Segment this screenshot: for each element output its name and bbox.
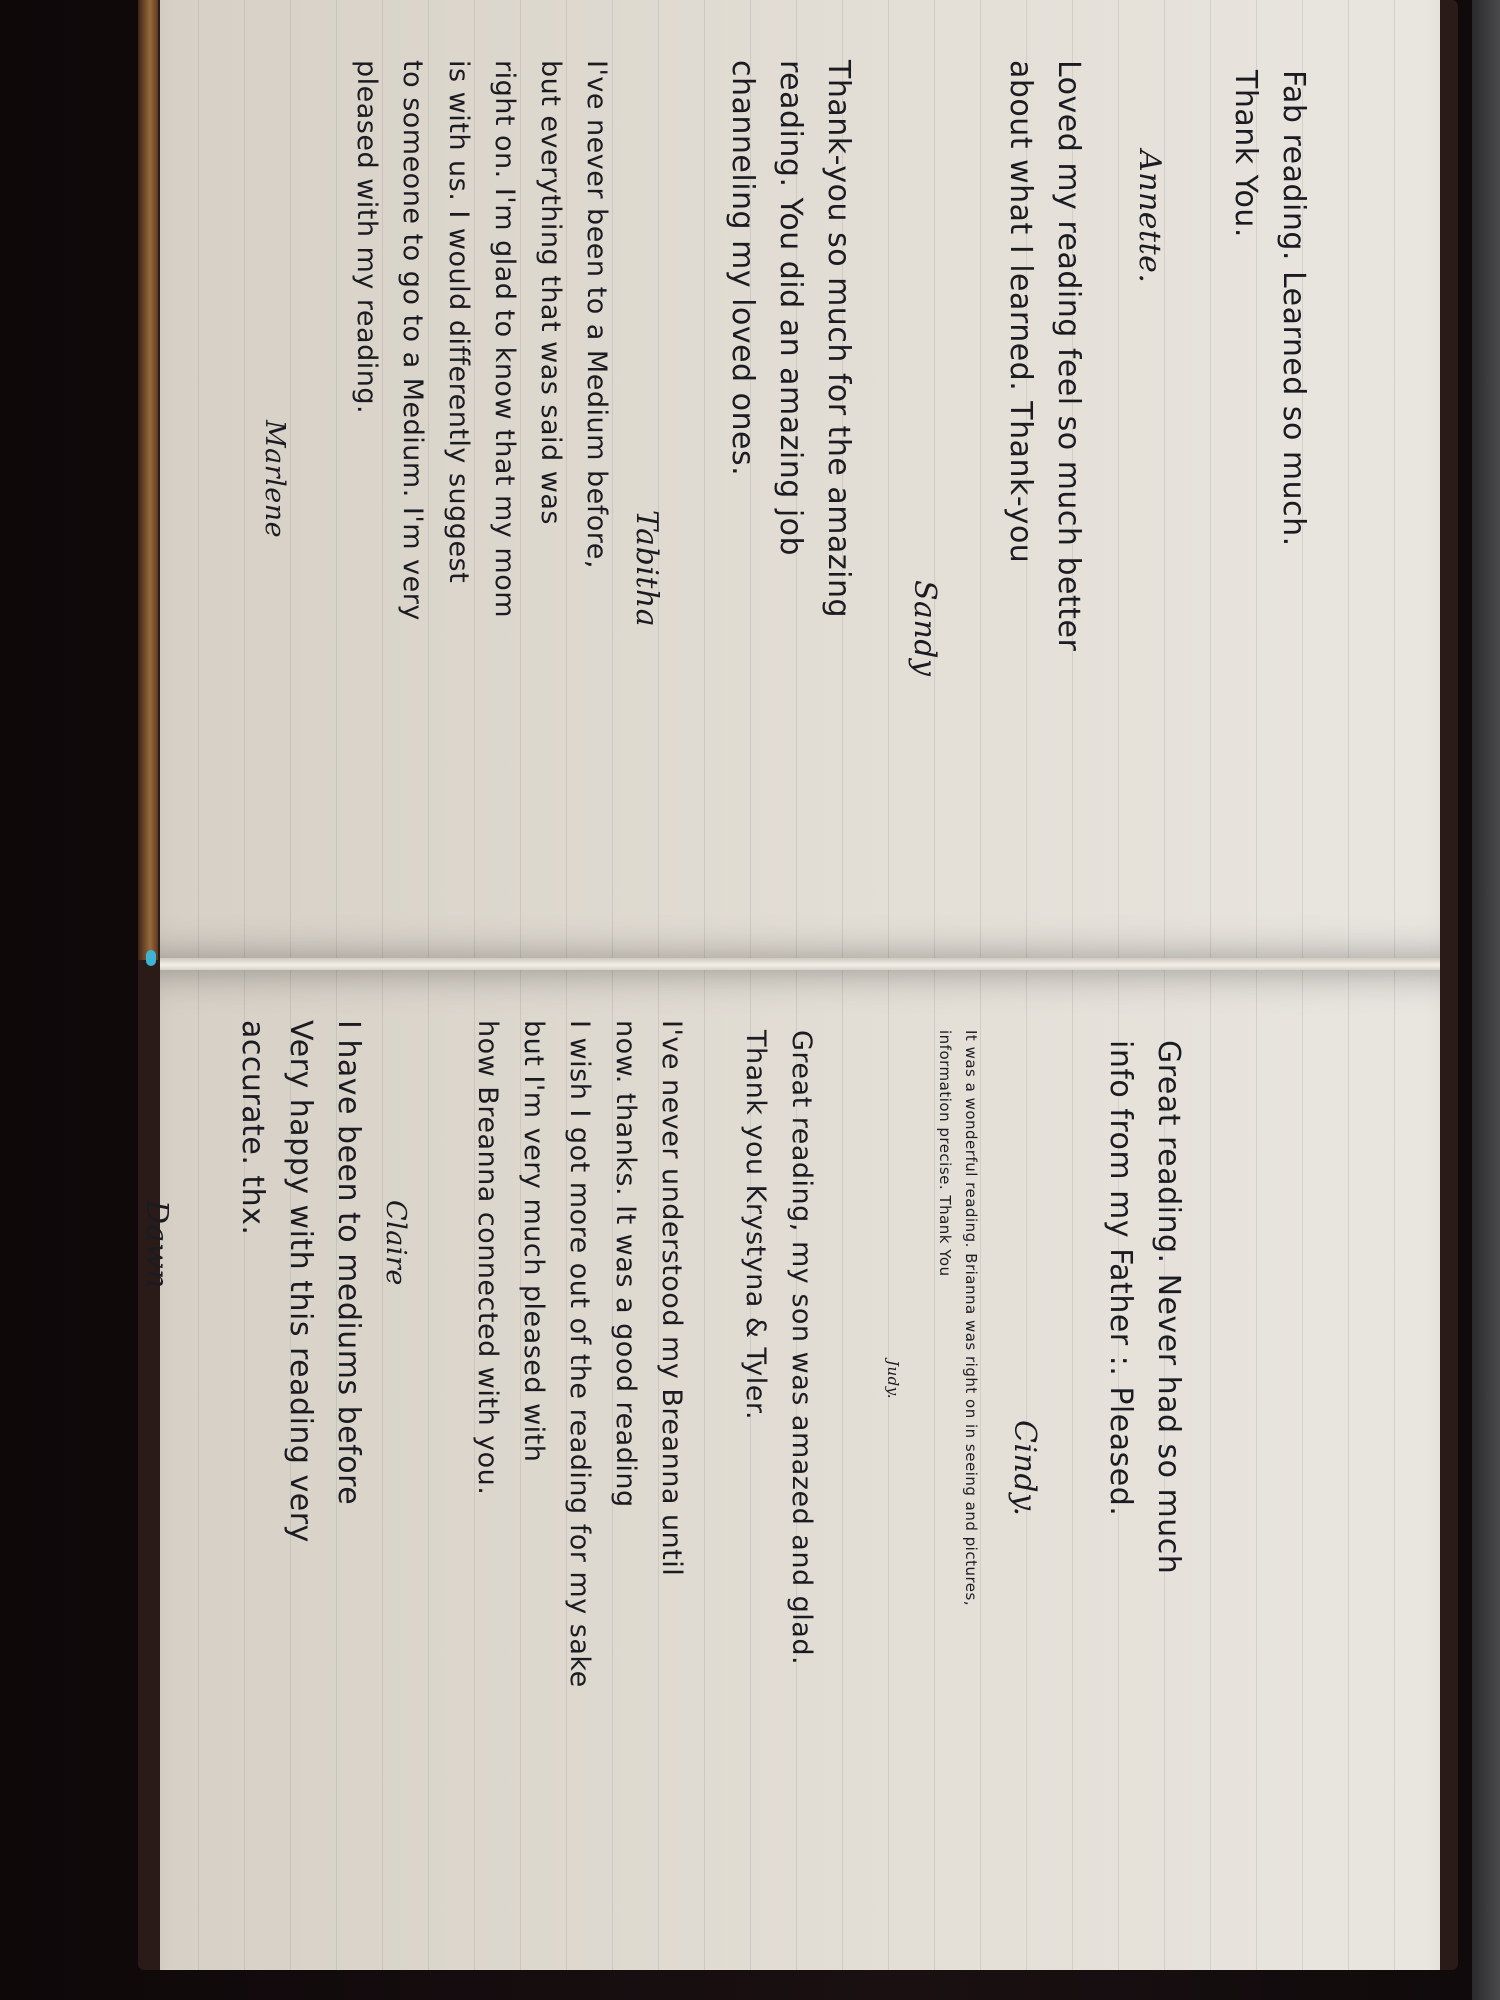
testimonial-text: I've never understood my Breanna until n… xyxy=(464,1020,694,1688)
left-page: Fab reading. Learned so much. Thank You.… xyxy=(160,0,1440,960)
testimonial-signature: Dawn xyxy=(132,1020,180,1543)
testimonial-signature: Marlene xyxy=(251,60,297,621)
testimonial-entry: I've never been to a Medium before, but … xyxy=(205,60,665,621)
open-notebook: Fab reading. Learned so much. Thank You.… xyxy=(160,0,1440,1970)
testimonial-entry: I have been to mediums before Very happy… xyxy=(84,1020,420,1543)
table-edge xyxy=(1472,0,1500,2000)
testimonial-signature: Judy. xyxy=(884,1030,902,1399)
right-page: Great reading. Never had so much info fr… xyxy=(160,970,1440,1970)
bookmark-ribbon xyxy=(146,950,156,966)
testimonial-text: I've never been to a Medium before, but … xyxy=(343,60,619,621)
testimonial-entry: It was a wonderful reading. Brianna was … xyxy=(880,1030,1010,1606)
testimonial-text: Fab reading. Learned so much. Thank You. xyxy=(1221,70,1317,547)
testimonial-text: Great reading. Never had so much info fr… xyxy=(1096,1040,1192,1574)
testimonial-text: I have been to mediums before Very happy… xyxy=(228,1020,372,1543)
testimonial-text: Great reading, my son was amazed and gla… xyxy=(732,1030,824,1665)
testimonial-text: Thank-you so much for the amazing readin… xyxy=(718,60,862,627)
cover-gilt-edge xyxy=(138,0,158,960)
testimonial-text: Loved my reading feel so much better abo… xyxy=(996,60,1092,676)
testimonial-text: It was a wonderful reading. Brianna was … xyxy=(932,1030,984,1606)
